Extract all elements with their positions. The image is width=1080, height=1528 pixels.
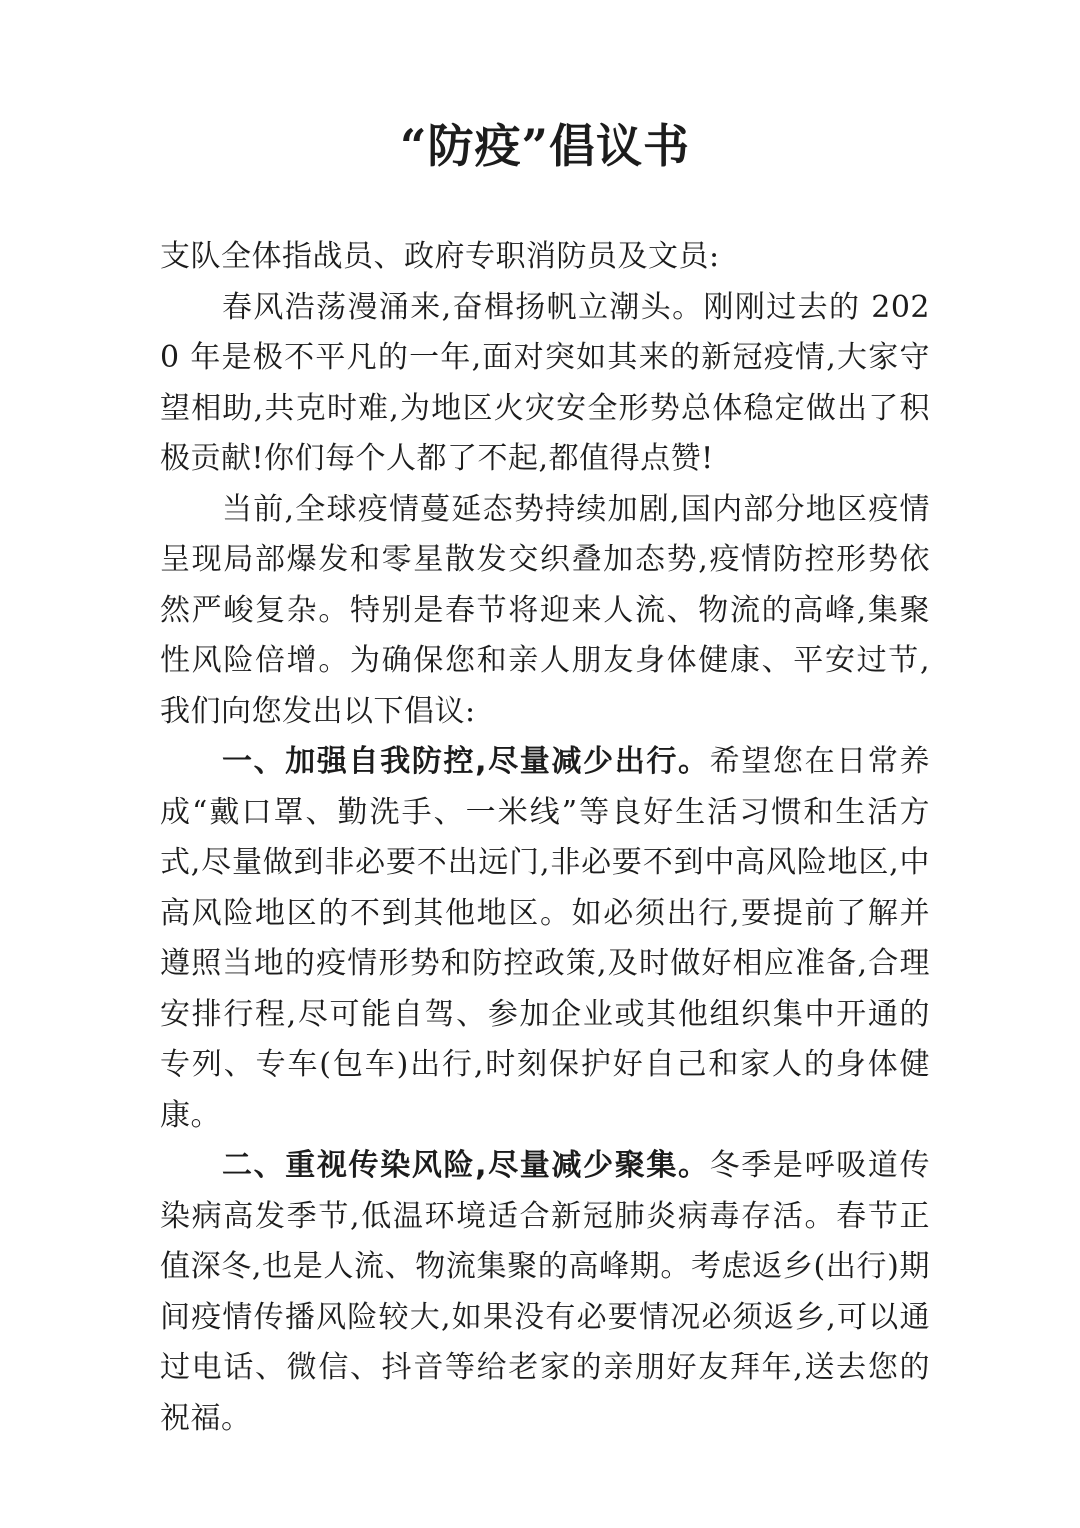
paragraph-1-text: 春风浩荡漫涌来,奋楫扬帆立潮头。刚刚过去的 2020 年是极不平凡的一年,面对突…: [160, 290, 930, 477]
document-page: “防疫”倡议书 支队全体指战员、政府专职消防员及文员: 春风浩荡漫涌来,奋楫扬帆…: [0, 0, 1080, 1528]
paragraph-2: 当前,全球疫情蔓延态势持续加剧,国内部分地区疫情呈现局部爆发和零星散发交织叠加态…: [160, 485, 930, 738]
paragraph-3-text: 希望您在日常养成“戴口罩、勤洗手、一米线”等良好生活习惯和生活方式,尽量做到非必…: [160, 744, 930, 1133]
salutation-line: 支队全体指战员、政府专职消防员及文员:: [160, 232, 930, 283]
paragraph-1: 春风浩荡漫涌来,奋楫扬帆立潮头。刚刚过去的 2020 年是极不平凡的一年,面对突…: [160, 283, 930, 485]
paragraph-4-text: 冬季是呼吸道传染病高发季节,低温环境适合新冠肺炎病毒存活。春节正值深冬,也是人流…: [160, 1148, 930, 1436]
document-title: “防疫”倡议书: [160, 116, 930, 176]
paragraph-2-text: 当前,全球疫情蔓延态势持续加剧,国内部分地区疫情呈现局部爆发和零星散发交织叠加态…: [160, 492, 930, 729]
document-body: 支队全体指战员、政府专职消防员及文员: 春风浩荡漫涌来,奋楫扬帆立潮头。刚刚过去…: [160, 232, 930, 1444]
paragraph-3: 一、加强自我防控,尽量减少出行。希望您在日常养成“戴口罩、勤洗手、一米线”等良好…: [160, 737, 930, 1141]
paragraph-4-bold-lead: 二、重视传染风险,尽量减少聚集。: [222, 1148, 710, 1183]
paragraph-4: 二、重视传染风险,尽量减少聚集。冬季是呼吸道传染病高发季节,低温环境适合新冠肺炎…: [160, 1141, 930, 1444]
paragraph-3-bold-lead: 一、加强自我防控,尽量减少出行。: [222, 744, 710, 779]
